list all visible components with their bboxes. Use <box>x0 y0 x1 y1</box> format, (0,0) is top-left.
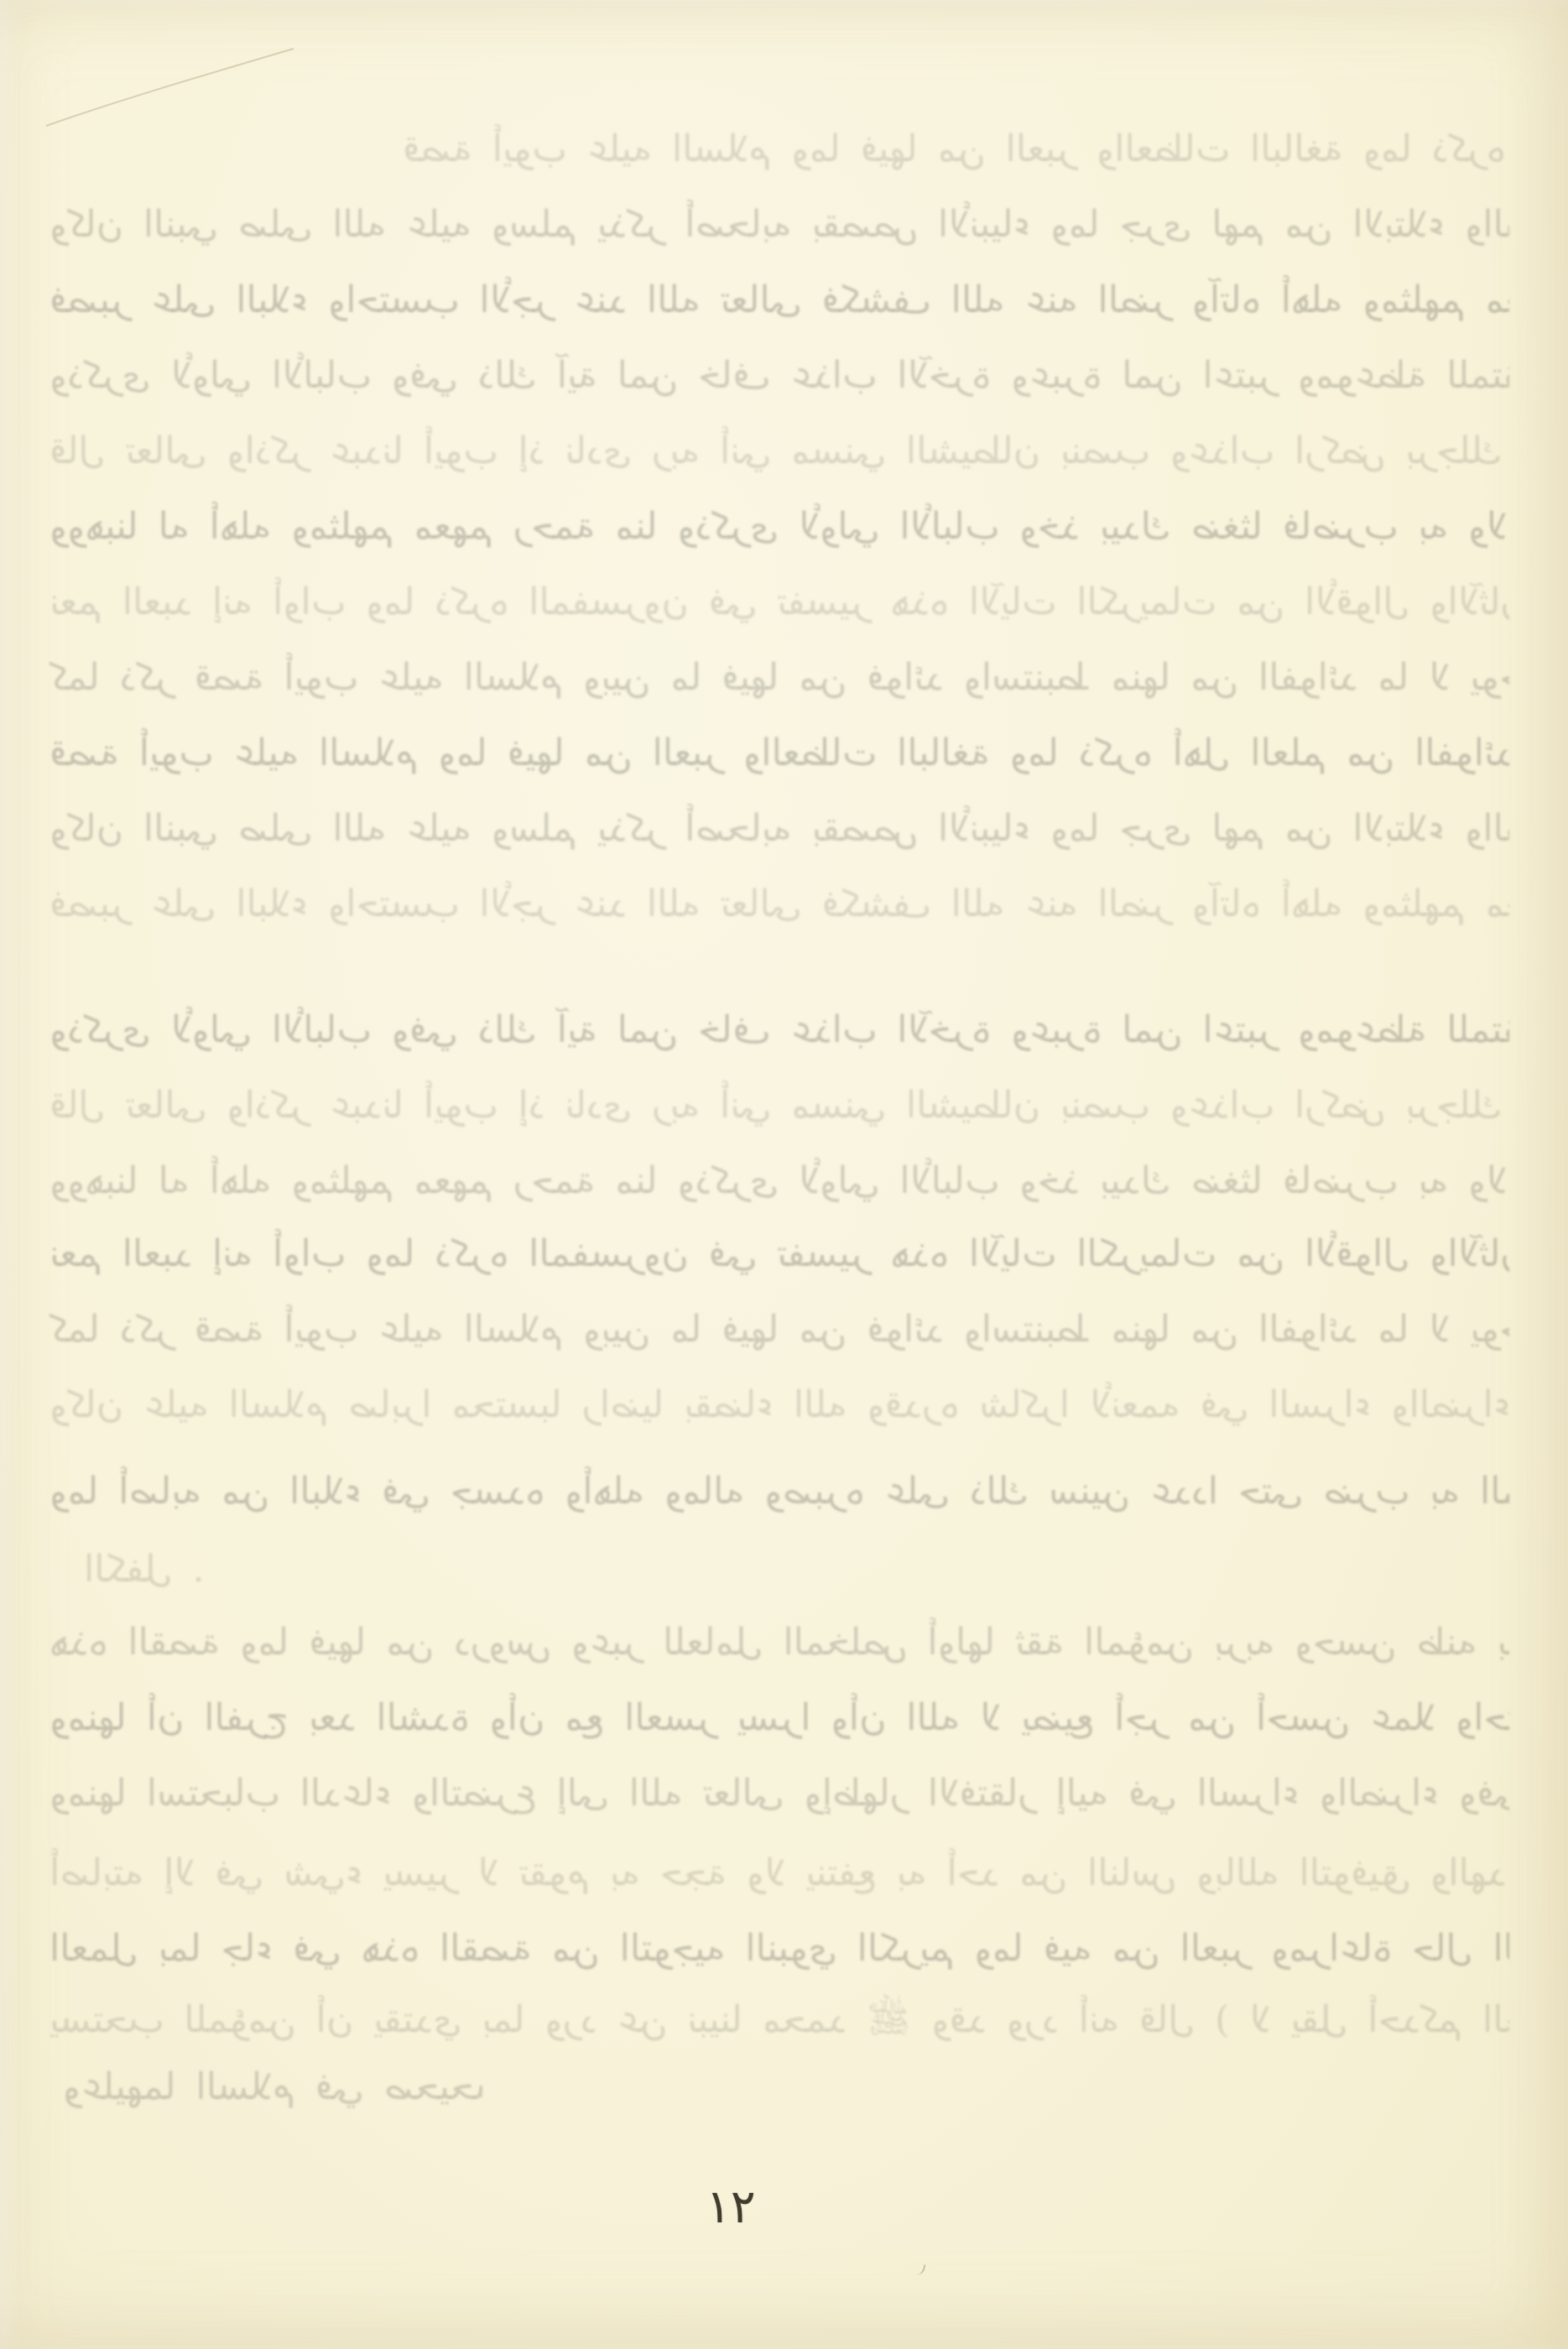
bleedthrough-line: وذكرى لأولي الألباب وفي ذلك آية لمن خاف … <box>49 1003 1509 1058</box>
bleedthrough-line: وعليهما السلام في صحيحه وصلى الله وسلم <box>63 2060 482 2115</box>
bleedthrough-line: قال تعالى واذكر عبدنا أيوب إذ نادى ربه أ… <box>49 1078 1509 1133</box>
bleedthrough-line: وما أصابه من البلاء في جسده وأهله وماله … <box>49 1464 1509 1519</box>
scanned-book-page: قصة أيوب عليه السلام وما فيها من العبر و… <box>0 0 1568 2349</box>
bleedthrough-text: قصة أيوب عليه السلام وما فيها من العبر و… <box>0 0 1568 2349</box>
bleedthrough-line: قصة أيوب عليه السلام وما فيها من العبر و… <box>49 726 1509 781</box>
bleedthrough-line: هذه القصة وما فيها من دروس وعبر للعامل ا… <box>49 1615 1509 1670</box>
bleedthrough-line: يستحب للمؤمن أن يقتدي بما ورد عن نبينا م… <box>49 1992 1509 2048</box>
bleedthrough-line: ووهبنا له أهله ومثلهم معهم رحمة منا وذكر… <box>49 1154 1509 1209</box>
bleedthrough-line: ومنها استحباب الدعاء والتضرع إلى الله تع… <box>49 1766 1509 1821</box>
scan-scratch <box>0 0 352 168</box>
bleedthrough-line: فصبر على البلاء واحتسب الأجر عند الله تع… <box>49 877 1509 932</box>
bleedthrough-line: وكان النبي صلى الله عليه وسلم يذكر أصحاب… <box>49 197 1509 253</box>
bleedthrough-line: قال تعالى واذكر عبدنا أيوب إذ نادى ربه أ… <box>49 424 1509 479</box>
bleedthrough-line: وذكرى لأولي الألباب وفي ذلك آية لمن خاف … <box>49 348 1509 404</box>
scan-speck <box>913 2263 925 2276</box>
bleedthrough-line: كما ذكر قصة أيوب عليه السلام وبين ما فيه… <box>49 1302 1509 1357</box>
bleedthrough-line: ومنها أن الفرج بعد الشدة وأن مع العسر يس… <box>49 1690 1509 1746</box>
bleedthrough-line: وكان النبي صلى الله عليه وسلم يذكر أصحاب… <box>49 801 1509 857</box>
bleedthrough-line: أصابته إلا في شيء يسير لا تقوم به حجة ول… <box>49 1846 1509 1901</box>
bleedthrough-line: نعم العبد إنه أواب وما ذكره المفسرون في … <box>49 1227 1509 1282</box>
bleedthrough-line: الكفل . <box>84 1542 235 1597</box>
bleedthrough-line: قصة أيوب عليه السلام وما فيها من العبر و… <box>403 122 1519 177</box>
bleedthrough-line: العمل بما جاء في هذه القصة من التوجيه ال… <box>49 1921 1509 1977</box>
bleedthrough-line: نعم العبد إنه أواب وما ذكره المفسرون في … <box>49 575 1509 630</box>
bleedthrough-line: وكان عليه السلام صابرا محتسبا راضيا بقضا… <box>49 1378 1509 1433</box>
bleedthrough-line: ووهبنا له أهله ومثلهم معهم رحمة منا وذكر… <box>49 499 1509 555</box>
page-number: ١٢ <box>676 2180 785 2233</box>
bleedthrough-line: فصبر على البلاء واحتسب الأجر عند الله تع… <box>49 273 1509 328</box>
bleedthrough-line: كما ذكر قصة أيوب عليه السلام وبين ما فيه… <box>49 650 1509 706</box>
